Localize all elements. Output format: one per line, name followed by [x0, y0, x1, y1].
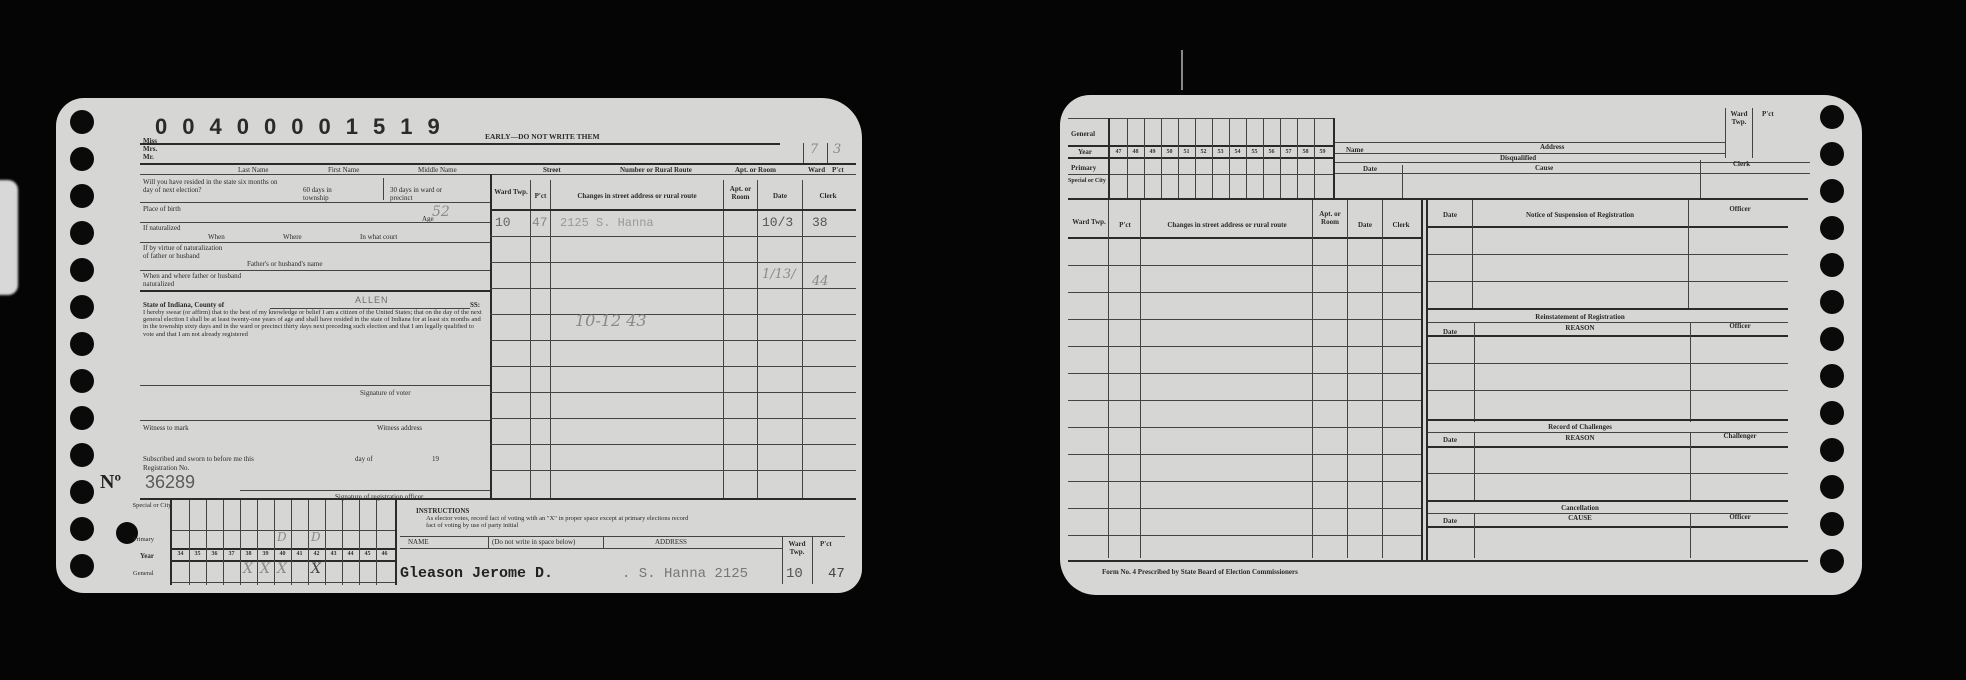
grid-year: 48	[1127, 149, 1144, 155]
row-date: 1/13/	[762, 268, 796, 282]
grid-year: 43	[325, 551, 342, 557]
residency-ward: 30 days in ward or precinct	[390, 186, 460, 202]
county-value: ALLEN	[355, 296, 389, 304]
naturalized-when: When	[208, 233, 225, 241]
age-value: 52	[432, 208, 450, 216]
punch-hole	[1820, 401, 1844, 425]
oath-text: I hereby swear (or affirm) that to the b…	[143, 309, 483, 338]
grid-year: 38	[240, 551, 257, 557]
serial-digit: 5	[373, 114, 386, 140]
punch-hole	[70, 480, 94, 504]
cancellation-officer-label: Officer	[1690, 513, 1790, 521]
row-date: 10/3	[762, 216, 793, 230]
general-mark: X	[311, 565, 321, 573]
birth-label: Place of birth	[143, 205, 183, 213]
changes-header-pct: P'ct	[531, 192, 550, 200]
film-scratch	[1181, 50, 1183, 90]
back-changes-header-ward: Ward Twp.	[1070, 218, 1108, 226]
punch-hole	[1820, 216, 1844, 240]
disq-clerk-label: Clerk	[1733, 160, 1750, 168]
punch-hole	[1820, 438, 1844, 462]
grid-year: 56	[1263, 149, 1280, 155]
serial-digit: 0	[182, 114, 195, 140]
residency-township: 60 days in township	[303, 186, 353, 202]
disq-ward-label: Ward Twp.	[1726, 110, 1752, 126]
last-name-label: Last Name	[238, 166, 269, 174]
father-husband-label: If by virtue of naturalization of father…	[143, 244, 223, 260]
back-changes-header-pct: P'ct	[1110, 221, 1140, 229]
bottom-name-value: Gleason Jerome D.	[400, 565, 553, 583]
disq-address-label: Address	[1540, 143, 1564, 151]
punch-hole	[70, 332, 94, 356]
punch-hole	[1820, 179, 1844, 203]
primary-mark: D	[277, 533, 287, 541]
back-grid-label-primary: Primary	[1071, 164, 1096, 172]
serial-digit: 4	[210, 114, 223, 140]
bottom-address-label: ADDRESS	[655, 538, 687, 546]
challenges-challenger-label: Challenger	[1690, 432, 1790, 440]
witness-mark-label: Witness to mark	[143, 424, 189, 432]
naturalized-label: If naturalized	[143, 224, 183, 232]
instructions-title: INSTRUCTIONS	[416, 507, 469, 515]
back-grid-label-year: Year	[1078, 148, 1092, 156]
serial-digit: 1	[346, 114, 359, 140]
title-mr: Mr.	[143, 153, 154, 161]
punch-hole	[70, 369, 94, 393]
punch-hole	[70, 258, 94, 282]
serial-number: 0 0 4 0 0 0 0 1 5 1 9	[155, 114, 441, 140]
subscribed-text: Subscribed and sworn to before me this	[143, 455, 254, 463]
grid-year: 54	[1229, 149, 1246, 155]
grid-year: 45	[359, 551, 376, 557]
disqualified-label: Disqualified	[1500, 154, 1536, 162]
serial-digit: 9	[428, 114, 441, 140]
grid-year: 39	[257, 551, 274, 557]
punch-hole	[1820, 327, 1844, 351]
first-name-label: First Name	[328, 166, 359, 174]
punch-hole	[70, 406, 94, 430]
disq-pct-label: P'ct	[1762, 110, 1774, 118]
ward-label: Ward	[808, 166, 825, 174]
naturalized-court: In what court	[360, 233, 397, 241]
grid-label-general: General	[133, 570, 154, 578]
form-footer: Form No. 4 Prescribed by State Board of …	[1102, 568, 1298, 576]
punch-hole	[1820, 105, 1844, 129]
grid-year: 36	[206, 551, 223, 557]
suspension-title: Notice of Suspension of Registration	[1475, 211, 1685, 219]
row-clerk: 44	[812, 275, 829, 289]
grid-year: 41	[291, 551, 308, 557]
top-ward-value: 7	[810, 146, 818, 154]
grid-year: 50	[1161, 149, 1178, 155]
grid-year: 58	[1297, 149, 1314, 155]
row-clerk: 38	[812, 216, 828, 230]
grid-year: 35	[189, 551, 206, 557]
punch-hole	[1820, 253, 1844, 277]
registration-no-label: Registration No.	[143, 464, 189, 472]
suspension-officer-label: Officer	[1690, 205, 1790, 213]
primary-mark: D	[311, 533, 321, 541]
back-grid-label-special: Special or City	[1068, 178, 1106, 185]
grid-year: 52	[1195, 149, 1212, 155]
punch-hole	[70, 295, 94, 319]
bottom-pct-label: P'ct	[820, 540, 832, 548]
punch-hole	[70, 554, 94, 578]
back-grid-label-general: General	[1071, 130, 1095, 138]
disq-cause-label: Cause	[1535, 164, 1553, 172]
grid-year: 59	[1314, 149, 1331, 155]
punch-hole	[1820, 475, 1844, 499]
changes-header-apt: Apt. or Room	[724, 185, 757, 201]
grid-year: 57	[1280, 149, 1297, 155]
punch-hole	[1820, 364, 1844, 388]
grid-year: 49	[1144, 149, 1161, 155]
grid-year: 51	[1178, 149, 1195, 155]
apt-room-label: Apt. or Room	[735, 166, 776, 174]
grid-year: 42	[308, 551, 325, 557]
grid-year: 40	[274, 551, 291, 557]
residency-question: Will you have resided in the state six m…	[143, 178, 283, 194]
naturalized-where: Where	[283, 233, 302, 241]
bottom-note: (Do not write in space below)	[492, 538, 575, 546]
grid-year: 53	[1212, 149, 1229, 155]
oath-ss: SS:	[470, 301, 480, 309]
row-address: 2125 S. Hanna	[560, 216, 654, 230]
instructions-text-2: fact of voting by use of party initial	[426, 522, 518, 530]
reinstatement-reason-label: REASON	[1480, 324, 1680, 332]
general-mark: X	[277, 565, 287, 573]
row-ward: 10	[495, 216, 511, 230]
pct-label: P'ct	[832, 166, 844, 174]
grid-year: 37	[223, 551, 240, 557]
changes-header-date: Date	[758, 192, 802, 200]
punch-hole	[70, 147, 94, 171]
title-mrs: Mrs.	[143, 145, 157, 153]
changes-header-clerk: Clerk	[803, 192, 853, 200]
serial-digit: 1	[400, 114, 413, 140]
middle-name-label: Middle Name	[418, 166, 457, 174]
cancellation-cause-label: CAUSE	[1480, 514, 1680, 522]
adjacent-card-edge	[0, 180, 18, 295]
general-mark: X	[243, 565, 253, 573]
back-changes-header-clerk: Clerk	[1384, 221, 1418, 229]
subscribed-day-label: day of	[355, 455, 373, 463]
grid-year: 47	[1110, 149, 1127, 155]
grid-year: 34	[172, 551, 189, 557]
serial-digit: 0	[264, 114, 277, 140]
bottom-ward-value: 10	[786, 565, 803, 583]
serial-digit: 0	[237, 114, 250, 140]
changes-header-address: Changes in street address or rural route	[552, 192, 722, 200]
grid-label-special: Special or City	[132, 502, 172, 510]
witness-address-label: Witness address	[377, 424, 422, 432]
number-symbol: Nº	[100, 472, 121, 492]
number-label: Number or Rural Route	[620, 166, 692, 174]
father-husband-name-label: Father's or husband's name	[247, 260, 322, 268]
grid-label-primary: Primary	[133, 536, 154, 544]
registration-number: 36289	[145, 472, 195, 492]
grid-year: 44	[342, 551, 359, 557]
grid-year: 55	[1246, 149, 1263, 155]
back-changes-header-date: Date	[1348, 221, 1382, 229]
punch-hole	[1820, 142, 1844, 166]
cancellation-date-label: Date	[1430, 517, 1470, 525]
signature-voter-label: Signature of voter	[360, 389, 411, 397]
serial-digit: 0	[291, 114, 304, 140]
punch-hole	[70, 110, 94, 134]
punch-hole	[1820, 512, 1844, 536]
top-pct-value: 3	[833, 146, 841, 154]
reinstatement-title: Reinstatement of Registration	[1480, 313, 1680, 321]
when-where-naturalized: When and where father or husband natural…	[143, 272, 243, 288]
challenges-reason-label: REASON	[1480, 434, 1680, 442]
grid-year: 46	[376, 551, 393, 557]
row-address: 10-12 43	[575, 312, 647, 330]
punch-hole	[70, 443, 94, 467]
punch-hole	[70, 184, 94, 208]
cancellation-title: Cancellation	[1480, 504, 1680, 512]
general-mark: X	[260, 565, 270, 573]
bottom-name-label: NAME	[408, 538, 429, 546]
bottom-ward-label: Ward Twp.	[783, 540, 811, 556]
punch-hole	[70, 221, 94, 245]
bottom-pct-value: 47	[828, 565, 845, 583]
disq-date-label: Date	[1363, 165, 1377, 173]
oath-state-line: State of Indiana, County of	[143, 301, 224, 309]
punch-hole	[1820, 290, 1844, 314]
challenges-date-label: Date	[1430, 436, 1470, 444]
changes-header-ward: Ward Twp.	[492, 188, 530, 196]
back-changes-header-apt: Apt. or Room	[1314, 210, 1346, 226]
street-label: Street	[543, 166, 561, 174]
header-instruction: EARLY—DO NOT WRITE THEM	[485, 133, 600, 141]
grid-label-year: Year	[140, 552, 154, 560]
punch-hole	[1820, 549, 1844, 573]
challenges-title: Record of Challenges	[1480, 423, 1680, 431]
subscribed-year-prefix: 19	[432, 455, 439, 463]
back-changes-header-address: Changes in street address or rural route	[1142, 221, 1312, 229]
reinstatement-officer-label: Officer	[1690, 322, 1790, 330]
row-pct: 47	[532, 216, 548, 230]
punch-hole	[70, 517, 94, 541]
serial-digit: 0	[319, 114, 332, 140]
bottom-address-value: . S. Hanna 2125	[622, 565, 748, 583]
suspension-date-label: Date	[1430, 211, 1470, 219]
